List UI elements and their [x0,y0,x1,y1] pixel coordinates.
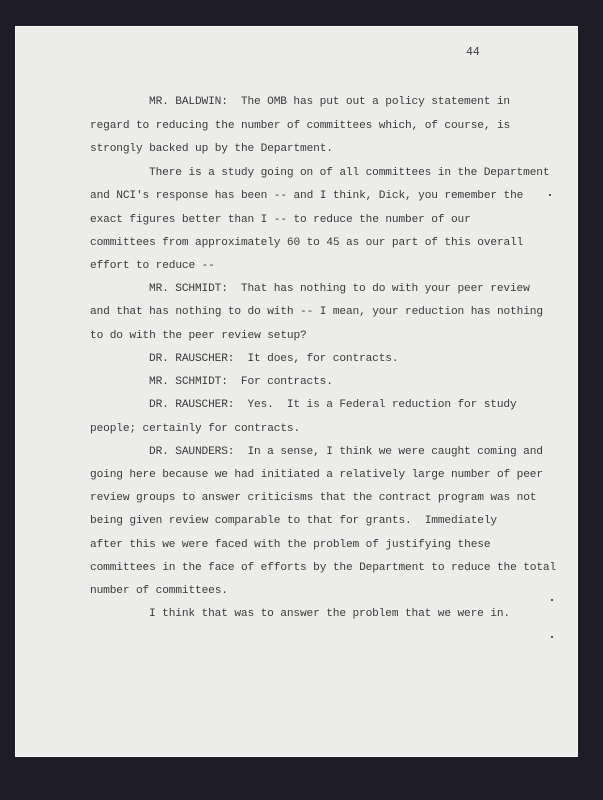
text-line: MR. SCHMIDT: That has nothing to do with… [149,283,530,295]
margin-mark [551,599,553,601]
text-line: There is a study going on of all committ… [149,167,549,179]
text-line: regard to reducing the number of committ… [90,120,510,132]
text-line: after this we were faced with the proble… [90,539,490,551]
text-line: review groups to answer criticisms that … [90,492,536,504]
text-line: DR. RAUSCHER: Yes. It is a Federal reduc… [149,399,517,411]
text-line: effort to reduce -- [90,260,215,272]
text-line: strongly backed up by the Department. [90,143,333,155]
text-line: being given review comparable to that fo… [90,515,497,527]
text-line: people; certainly for contracts. [90,423,300,435]
text-line: and that has nothing to do with -- I mea… [90,306,543,318]
text-line: MR. SCHMIDT: For contracts. [149,376,333,388]
text-line: number of committees. [90,585,228,597]
page-number: 44 [466,46,480,59]
text-line: committees from approximately 60 to 45 a… [90,237,523,249]
text-line: and NCI's response has been -- and I thi… [90,190,523,202]
margin-mark [551,636,553,638]
text-line: going here because we had initiated a re… [90,469,543,481]
text-line: DR. SAUNDERS: In a sense, I think we wer… [149,446,543,458]
text-line: to do with the peer review setup? [90,330,307,342]
margin-mark [549,194,551,196]
text-line: MR. BALDWIN: The OMB has put out a polic… [149,96,510,108]
text-line: DR. RAUSCHER: It does, for contracts. [149,353,398,365]
text-line: exact figures better than I -- to reduce… [90,214,471,226]
document-page [15,26,578,757]
text-line: committees in the face of efforts by the… [90,562,556,574]
text-line: I think that was to answer the problem t… [149,608,510,620]
